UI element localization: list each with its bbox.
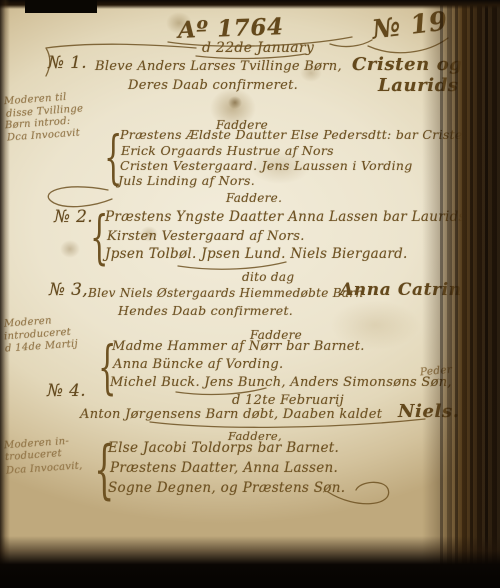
date-heading: d 22de January <box>202 41 314 56</box>
entry1-fadder-line: Juls Linding af Nors. <box>118 174 255 188</box>
book-edge-bottom <box>0 536 500 588</box>
entry4-fadder-line: Præstens Daatter, Anna Lassen. <box>110 461 338 476</box>
binding-clasp-top <box>25 0 97 13</box>
entry3-fadder-line: Michel Buck. Jens Bunch, Anders Simonsøn… <box>110 376 452 390</box>
entry3-body-line1: Blev Niels Østergaards Hiemmedøbte Barn <box>88 287 363 300</box>
entry1-body-line1: Bleve Anders Larses Tvillinge Børn, <box>95 60 342 74</box>
entry2-fadder-line: Jpsen Tolbøl. Jpsen Lund. Niels Biergaar… <box>105 247 408 262</box>
entry1-fadder-line: Erick Orgaards Hustrue af Nors <box>121 144 334 158</box>
entry3-body-line2: Hendes Daab confirmeret. <box>118 304 293 318</box>
entry2-fadder-line: Kirsten Vestergaard af Nors. <box>107 230 305 244</box>
entry2-fadder-line: Præstens Yngste Daatter Anna Lassen bar … <box>105 210 466 225</box>
entry1-number: № 1. <box>48 54 87 73</box>
entry3-number: № 3, <box>49 281 88 300</box>
entry4-body-line1: Anton Jørgensens Barn døbt, Daaben kalde… <box>80 408 382 422</box>
entry1-body-line2: Deres Daab confirmeret. <box>128 79 298 93</box>
year-heading: Aº 1764 <box>178 14 284 43</box>
entry3-date-heading: dito dag <box>242 271 294 284</box>
entry4-fadder-line: Sogne Degnen, og Præstens Søn. <box>108 481 345 496</box>
entry1-fadder-line: Præstens Ældste Dautter Else Pedersdtt: … <box>120 128 471 142</box>
entry1-fadder-line: Cristen Vestergaard. Jens Laussen i Vord… <box>120 159 413 173</box>
book-edge-left <box>0 0 10 588</box>
page-edges-texture <box>440 0 500 588</box>
entry4-number: № 4. <box>47 382 86 401</box>
entry3-fadder-line: Madme Hammer af Nørr bar Barnet. <box>112 340 365 354</box>
entry4-fadder-line: Else Jacobi Toldorps bar Barnet. <box>108 441 339 456</box>
entry2-number: № 2. <box>54 208 93 227</box>
register-page-scan: Aº 1764 d 22de January № 19 № 1. Bleve A… <box>0 0 500 588</box>
entry3-fadder-line: Anna Büncke af Vording. <box>113 358 283 372</box>
entry2-faddere-heading: Faddere. <box>226 192 282 205</box>
